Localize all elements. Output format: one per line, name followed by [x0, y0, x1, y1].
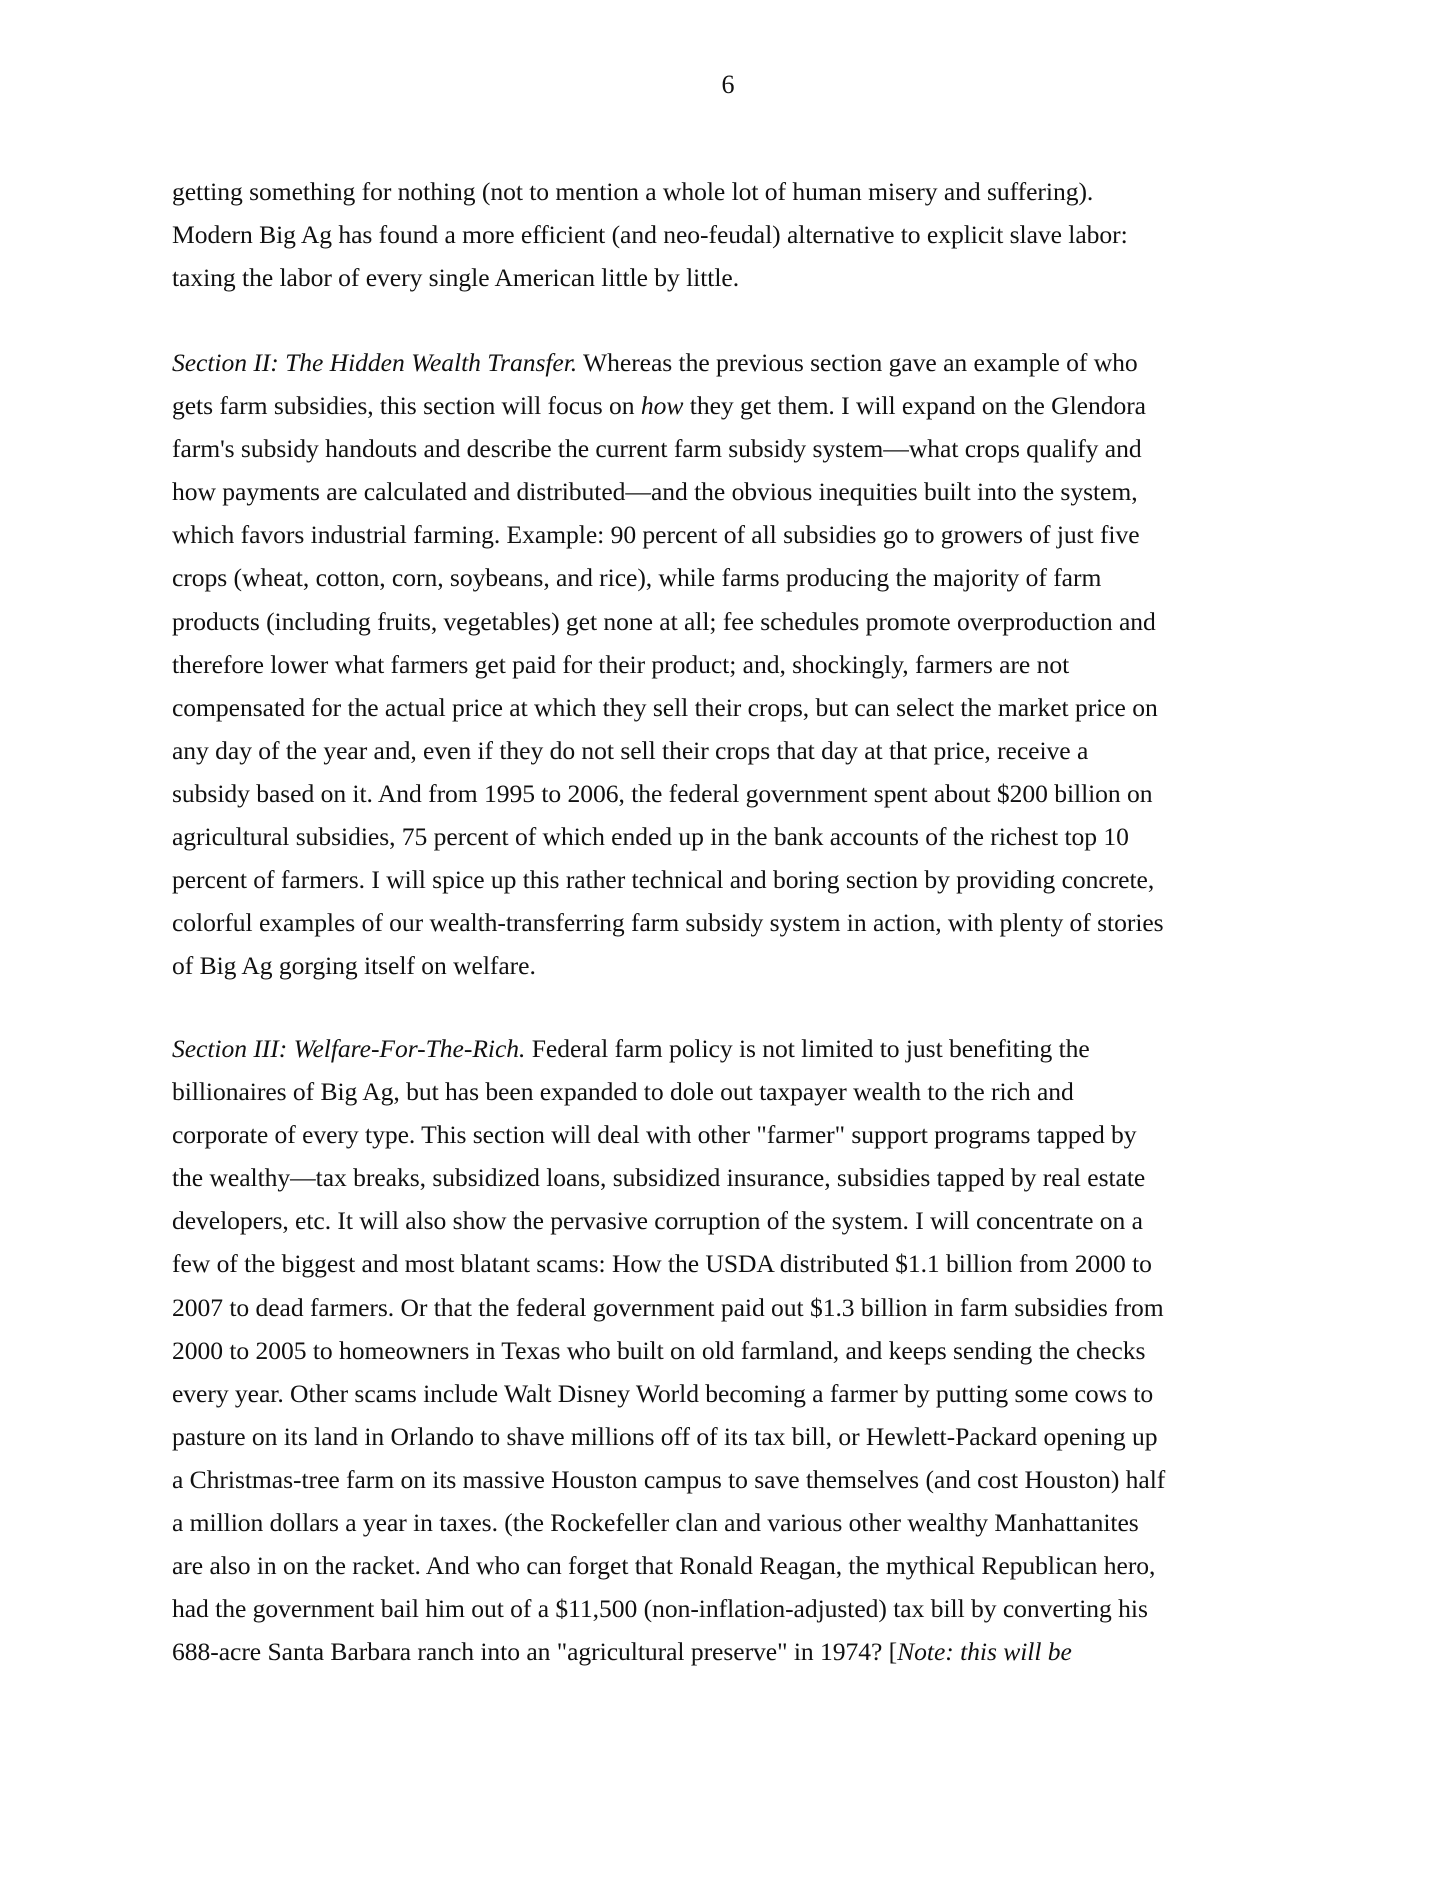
text-run: farm's subsidy handouts and describe the…	[172, 434, 1142, 463]
text-run: how payments are calculated and distribu…	[172, 477, 1138, 506]
text-line: therefore lower what farmers get paid fo…	[172, 643, 1292, 686]
text-run: are also in on the racket. And who can f…	[172, 1551, 1155, 1580]
text-run: colorful examples of our wealth-transfer…	[172, 908, 1164, 937]
text-run: a Christmas-tree farm on its massive Hou…	[172, 1465, 1165, 1494]
text-run: any day of the year and, even if they do…	[172, 736, 1088, 765]
text-run: taxing the labor of every single America…	[172, 263, 739, 292]
text-line: had the government bail him out of a $11…	[172, 1587, 1292, 1630]
text-line: 688-acre Santa Barbara ranch into an "ag…	[172, 1630, 1292, 1673]
document-page: 6 getting something for nothing (not to …	[0, 0, 1456, 1884]
paragraph-section-2: Section II: The Hidden Wealth Transfer. …	[172, 341, 1292, 987]
italic-text: how	[641, 391, 684, 420]
text-run: every year. Other scams include Walt Dis…	[172, 1379, 1153, 1408]
text-run: pasture on its land in Orlando to shave …	[172, 1422, 1157, 1451]
text-line: agricultural subsidies, 75 percent of wh…	[172, 815, 1292, 858]
text-line: developers, etc. It will also show the p…	[172, 1199, 1292, 1242]
text-line: a Christmas-tree farm on its massive Hou…	[172, 1458, 1292, 1501]
text-run: developers, etc. It will also show the p…	[172, 1206, 1143, 1235]
text-run: 2000 to 2005 to homeowners in Texas who …	[172, 1336, 1145, 1365]
text-line: getting something for nothing (not to me…	[172, 170, 1292, 213]
text-run: had the government bail him out of a $11…	[172, 1594, 1148, 1623]
text-run: corporate of every type. This section wi…	[172, 1120, 1137, 1149]
text-line: Modern Big Ag has found a more efficient…	[172, 213, 1292, 256]
italic-text: Section III: Welfare-For-The-Rich.	[172, 1034, 525, 1063]
text-line: gets farm subsidies, this section will f…	[172, 384, 1292, 427]
text-line: are also in on the racket. And who can f…	[172, 1544, 1292, 1587]
text-line: how payments are calculated and distribu…	[172, 470, 1292, 513]
text-run: subsidy based on it. And from 1995 to 20…	[172, 779, 1153, 808]
text-run: gets farm subsidies, this section will f…	[172, 391, 641, 420]
text-line: crops (wheat, cotton, corn, soybeans, an…	[172, 556, 1292, 599]
text-run: Modern Big Ag has found a more efficient…	[172, 220, 1128, 249]
text-line: of Big Ag gorging itself on welfare.	[172, 944, 1292, 987]
text-run: which favors industrial farming. Example…	[172, 520, 1140, 549]
paragraph-section-3: Section III: Welfare-For-The-Rich. Feder…	[172, 1027, 1292, 1673]
text-line: products (including fruits, vegetables) …	[172, 600, 1292, 643]
paragraph-continuation: getting something for nothing (not to me…	[172, 170, 1292, 299]
text-line: a million dollars a year in taxes. (the …	[172, 1501, 1292, 1544]
text-line: Section III: Welfare-For-The-Rich. Feder…	[172, 1027, 1292, 1070]
text-line: Section II: The Hidden Wealth Transfer. …	[172, 341, 1292, 384]
text-line: subsidy based on it. And from 1995 to 20…	[172, 772, 1292, 815]
italic-text: Note: this will be	[897, 1637, 1072, 1666]
text-run: compensated for the actual price at whic…	[172, 693, 1158, 722]
text-run: getting something for nothing (not to me…	[172, 177, 1093, 206]
text-line: every year. Other scams include Walt Dis…	[172, 1372, 1292, 1415]
text-run: 2007 to dead farmers. Or that the federa…	[172, 1293, 1164, 1322]
text-run: 688-acre Santa Barbara ranch into an "ag…	[172, 1637, 897, 1666]
text-line: pasture on its land in Orlando to shave …	[172, 1415, 1292, 1458]
text-run: billionaires of Big Ag, but has been exp…	[172, 1077, 1074, 1106]
text-line: percent of farmers. I will spice up this…	[172, 858, 1292, 901]
text-line: compensated for the actual price at whic…	[172, 686, 1292, 729]
text-run: percent of farmers. I will spice up this…	[172, 865, 1154, 894]
text-run: of Big Ag gorging itself on welfare.	[172, 951, 536, 980]
text-run: they get them. I will expand on the Glen…	[683, 391, 1146, 420]
text-line: farm's subsidy handouts and describe the…	[172, 427, 1292, 470]
text-run: therefore lower what farmers get paid fo…	[172, 650, 1069, 679]
text-line: few of the biggest and most blatant scam…	[172, 1242, 1292, 1285]
text-line: 2000 to 2005 to homeowners in Texas who …	[172, 1329, 1292, 1372]
text-run: crops (wheat, cotton, corn, soybeans, an…	[172, 563, 1101, 592]
text-run: products (including fruits, vegetables) …	[172, 607, 1156, 636]
text-run: the wealthy—tax breaks, subsidized loans…	[172, 1163, 1145, 1192]
text-line: corporate of every type. This section wi…	[172, 1113, 1292, 1156]
page-number: 6	[0, 70, 1456, 100]
text-run: Whereas the previous section gave an exa…	[577, 348, 1138, 377]
text-run: agricultural subsidies, 75 percent of wh…	[172, 822, 1129, 851]
text-line: billionaires of Big Ag, but has been exp…	[172, 1070, 1292, 1113]
text-line: colorful examples of our wealth-transfer…	[172, 901, 1292, 944]
text-run: Federal farm policy is not limited to ju…	[525, 1034, 1089, 1063]
italic-text: Section II: The Hidden Wealth Transfer.	[172, 348, 577, 377]
text-line: 2007 to dead farmers. Or that the federa…	[172, 1286, 1292, 1329]
text-run: a million dollars a year in taxes. (the …	[172, 1508, 1139, 1537]
text-line: which favors industrial farming. Example…	[172, 513, 1292, 556]
text-line: the wealthy—tax breaks, subsidized loans…	[172, 1156, 1292, 1199]
text-line: any day of the year and, even if they do…	[172, 729, 1292, 772]
text-line: taxing the labor of every single America…	[172, 256, 1292, 299]
text-run: few of the biggest and most blatant scam…	[172, 1249, 1152, 1278]
